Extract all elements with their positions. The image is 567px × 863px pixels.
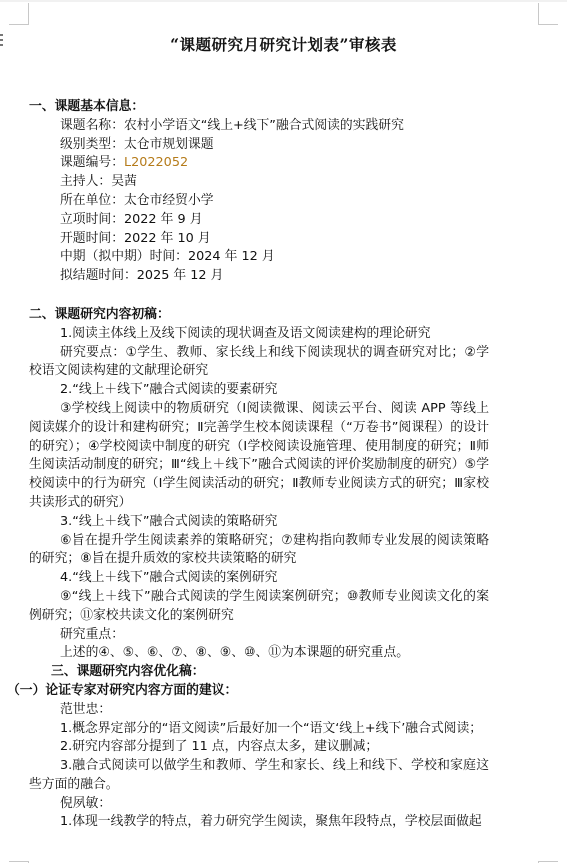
paragraph: 2.“线上＋线下”融合式阅读的要素研究	[29, 381, 489, 400]
field-opening-time: 开题时间：2022 年 10 月	[29, 230, 489, 249]
expert-point: 1.概念界定部分的“语文阅读”后最好加一个“语文‘线上+线下’融合式阅读；	[29, 720, 489, 739]
field-approval-time: 立项时间：2022 年 9 月	[29, 211, 489, 230]
paragraph: ⑨“线上＋线下”融合式阅读的学生阅读案例研究；⑩教师专业阅读文化的案例研究；⑪家…	[29, 588, 489, 626]
field-midterm-time: 中期（拟中期）时间：2024 年 12 月	[29, 248, 489, 267]
expert-name: 范世忠：	[29, 701, 489, 720]
page-corner-mark-top-right	[538, 3, 558, 25]
document-title: “课题研究月研究计划表”审核表	[0, 33, 567, 55]
paragraph: ③学校线上阅读中的物质研究（Ⅰ阅读微课、阅读云平台、阅读 APP 等线上阅读媒介…	[29, 400, 489, 513]
field-level-type: 级别类型：太仓市规划课题	[29, 136, 489, 155]
section-heading-optimized-content: 三、课题研究内容优化稿：	[29, 663, 489, 682]
expert-point: 3.融合式阅读可以做学生和教师、学生和家长、线上和线下、学校和家庭这些方面的融合…	[29, 757, 489, 795]
paragraph: 研究重点：	[29, 626, 489, 645]
paragraph: 3.“线上＋线下”融合式阅读的策略研究	[29, 513, 489, 532]
paragraph: ⑥旨在提升学生阅读素养的策略研究；⑦建构指向教师专业发展的阅读策略的研究；⑧旨在…	[29, 532, 489, 570]
paragraph: 1.阅读主体线上及线下阅读的现状调查及语文阅读建构的理论研究	[29, 325, 489, 344]
document-body[interactable]: 一、课题基本信息： 课题名称：农村小学语文“线上+线下”融合式阅读的实践研究 级…	[29, 98, 489, 832]
expert-name: 倪夙敏：	[29, 795, 489, 814]
field-host: 主持人：吴茜	[29, 173, 489, 192]
paragraph: 上述的④、⑤、⑥、⑦、⑧、⑨、⑩、⑪为本课题的研究重点。	[29, 644, 489, 663]
section-heading-basic-info: 一、课题基本信息：	[29, 98, 489, 117]
paragraph: 研究要点：①学生、教师、家长线上和线下阅读现状的调查研究对比；②学校语文阅读构建…	[29, 344, 489, 382]
section-heading-draft-content: 二、课题研究内容初稿：	[29, 306, 489, 325]
subsection-heading-expert-suggestions: （一）论证专家对研究内容方面的建议：	[7, 682, 489, 701]
field-topic-number: 课题编号：L2022052	[29, 154, 489, 173]
field-unit: 所在单位：太仓市经贸小学	[29, 192, 489, 211]
expert-point: 1.体现一线教学的特点，着力研究学生阅读，聚焦年段特点，学校层面做起	[29, 813, 489, 832]
page-corner-mark-top-left	[9, 3, 29, 25]
ruler-bar	[0, 0, 567, 2]
paragraph: 4.“线上＋线下”融合式阅读的案例研究	[29, 569, 489, 588]
field-conclusion-time: 拟结题时间：2025 年 12 月	[29, 267, 489, 286]
field-topic-name: 课题名称：农村小学语文“线上+线下”融合式阅读的实践研究	[29, 117, 489, 136]
expert-point: 2.研究内容部分提到了 11 点，内容点太多，建议删减；	[29, 738, 489, 757]
